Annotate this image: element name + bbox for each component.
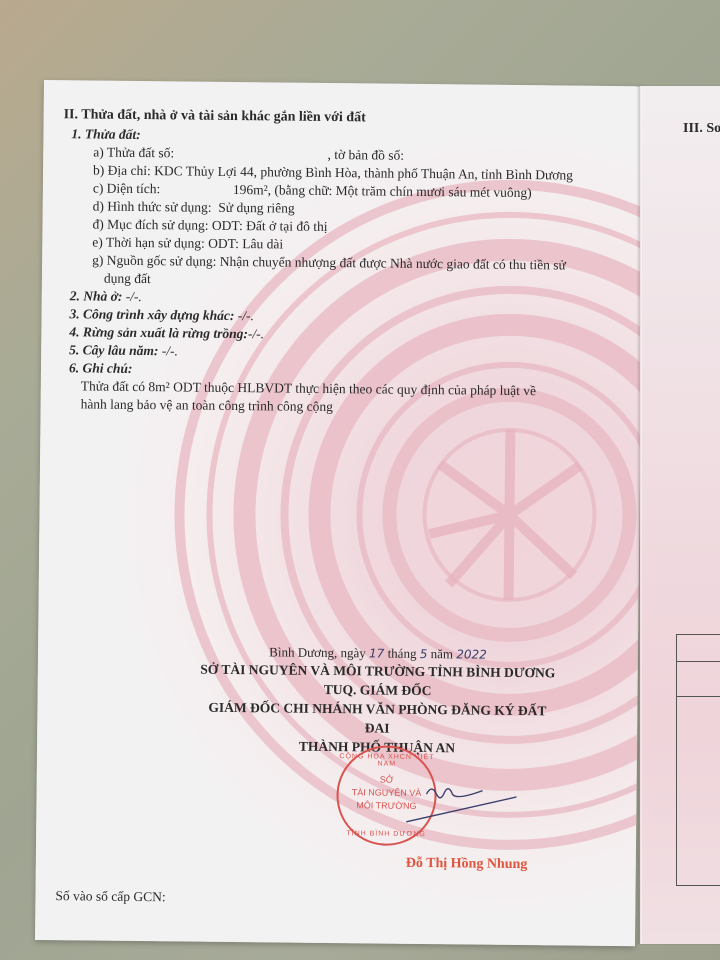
- handwritten-signature: [366, 773, 517, 835]
- page-fold: [636, 86, 642, 944]
- certificate-page: II. Thửa đất, nhà ở và tài sản khác gắn …: [35, 80, 644, 946]
- signature-block: Bình Dương, ngày 17 tháng 5 năm 2022 SỞ …: [197, 644, 558, 759]
- right-page-heading: III. Sơ: [683, 121, 720, 137]
- signer-name: Đỗ Thị Hồng Nhung: [406, 856, 528, 873]
- land-details: II. Thửa đất, nhà ở và tài sản khác gắn …: [61, 106, 624, 419]
- signer-title: GIÁM ĐỐC CHI NHÁNH VĂN PHÒNG ĐĂNG KÝ ĐẤT…: [197, 698, 557, 740]
- right-page-table: [676, 634, 720, 886]
- issuing-department: SỞ TÀI NGUYÊN VÀ MÔI TRƯỜNG TỈNH BÌNH DƯ…: [198, 660, 558, 683]
- registry-number-label: Số vào sổ cấp GCN:: [55, 888, 165, 905]
